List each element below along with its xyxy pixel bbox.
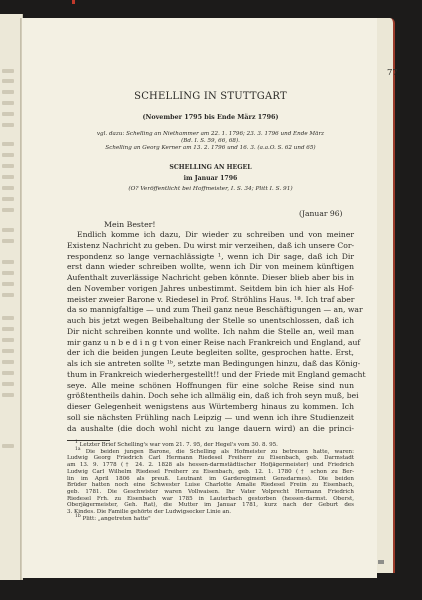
body-line: dieser Gelegenheit wenigstens aus Würtem… (67, 402, 354, 413)
body-line: den November vorigen Jahres unbestimmt. … (67, 284, 354, 295)
body-line: mir ganz u n b e d i n g t von einer Rei… (67, 338, 354, 349)
letter-dateline: (Januar 96) (299, 209, 343, 218)
footnote-1b: 1b Plitt: „angetreten hatte" (67, 516, 354, 523)
text-fragment (2, 327, 14, 331)
footnote-line: 3. Kindes. Die Familie gehörte der Ludwi… (67, 509, 354, 516)
footnote-text: Die beiden jungen Barone, die Schelling … (86, 449, 354, 455)
body-line: der ich die beiden jungen Leute begleite… (67, 348, 354, 359)
letter-salutation: Mein Bester! (104, 220, 156, 229)
text-fragment (2, 444, 14, 448)
text-fragment (2, 153, 14, 157)
footnotes: 1 Letzter Brief Schelling's war vom 21. … (67, 442, 354, 522)
book-page: 77 SCHELLING IN STUTTGART (November 1795… (22, 18, 377, 578)
footnote-line: Ludwig Carl Wilhelm Riedesel Freiherr zu… (67, 469, 354, 476)
letter-body: Endlich komme ich dazu, Dir wieder zu sc… (67, 230, 354, 434)
text-fragment (2, 112, 14, 116)
text-fragment (2, 79, 14, 83)
footnote-text: Letzter Brief Schelling's war vom 21. 7.… (80, 442, 278, 448)
body-line: Dir nicht schreiben konnte und wollte. I… (67, 327, 354, 338)
footnote-line: am 13. 9. 1778 († 24. 2. 1828 als hessen… (67, 462, 354, 469)
text-fragment (2, 228, 14, 232)
letter-date: im Januar 1796 (67, 175, 354, 182)
text-fragment (2, 239, 14, 243)
text-fragment (2, 175, 14, 179)
body-line: auch bis jetzt wegen Beibehaltung der St… (67, 316, 354, 327)
body-line: da aushalte (die doch wohl nicht zu lang… (67, 424, 354, 435)
text-fragment (2, 142, 14, 146)
footnote-mark: 1a (75, 447, 81, 452)
text-fragment (2, 338, 14, 342)
body-line: erst dann wieder schreiben wollte, wenn … (67, 262, 354, 273)
footnote-text: Plitt: „angetreten hatte" (83, 516, 151, 522)
cross-references: vgl. dazu: Schelling an Niethammer am 22… (55, 131, 366, 152)
reference-line: vgl. dazu: Schelling an Niethammer am 22… (55, 131, 366, 138)
text-fragment (2, 208, 14, 212)
text-fragment (2, 271, 14, 275)
text-fragment (2, 393, 14, 397)
body-line: da so mannigfaltige — und zum Theil ganz… (67, 305, 354, 316)
dark-background-bottom (0, 580, 422, 600)
body-line: soll sie nächsten Frühling nach Leipzig … (67, 413, 354, 424)
text-fragment (2, 371, 14, 375)
body-line: größtentheils dahin. Doch sehe ich allmä… (67, 391, 354, 402)
text-fragment (2, 349, 14, 353)
text-fragment (2, 101, 14, 105)
footnote-line: Brüder hatten noch eine Schwester Luise … (67, 482, 354, 489)
footnote-mark: 1 (75, 440, 78, 445)
body-line: als ich sie antreten sollte ¹ᵇ, setzte m… (67, 359, 354, 370)
text-fragment (2, 186, 14, 190)
body-line: seye. Alle meine schönen Hoffnungen für … (67, 381, 354, 392)
footnote-1: 1 Letzter Brief Schelling's war vom 21. … (67, 442, 354, 449)
body-line: thum in Frankreich wiederhergestellt!! u… (67, 370, 354, 381)
text-fragment (2, 282, 14, 286)
text-fragment (2, 316, 14, 320)
text-fragment (2, 293, 14, 297)
body-line: Existenz Nachricht zu geben. Du wirst mi… (67, 241, 354, 252)
text-fragment (2, 197, 14, 201)
body-line: respondenz so lange vernachlässigte ¹, w… (67, 252, 354, 263)
text-fragment (2, 360, 14, 364)
section-title: SCHELLING IN STUTTGART (67, 91, 354, 102)
text-fragment (2, 382, 14, 386)
section-subtitle: (November 1795 bis Ende März 1796) (67, 113, 354, 121)
page-number: 77 (387, 68, 398, 78)
text-fragment (2, 69, 14, 73)
footnote-mark: 1b (75, 514, 81, 519)
footnote-divider (67, 440, 110, 441)
footnote-1a: 1a Die beiden jungen Barone, die Schelli… (67, 449, 354, 456)
body-line: Aufenthalt zuverlässige Nachricht geben … (67, 273, 354, 284)
red-bookmark-mark (72, 0, 75, 4)
body-line: meister zweier Barone v. Riedesel in Pro… (67, 295, 354, 306)
reference-line: (Bd. I. S. 59, 66, 68). (55, 138, 366, 145)
letter-source: (O? Veröffentlicht bei Hoffmeister, I. S… (67, 186, 354, 192)
reference-line: Schelling an Georg Kerner am 13. 2. 1796… (55, 145, 366, 152)
footnote-line: geb. 1781. Die Geschwister waren Vollwai… (67, 489, 354, 496)
page-stack-edge (375, 18, 395, 573)
text-fragment (2, 90, 14, 94)
footnote-line: lin im April 1806 als preuß. Leutnant im… (67, 476, 354, 483)
page-corner-tab (378, 560, 384, 564)
footnote-line: Oberjägermeister, Geh. Rat), die Mutter … (67, 502, 354, 509)
text-fragment (2, 164, 14, 168)
letter-title: SCHELLING AN HEGEL (67, 164, 354, 171)
text-fragment (2, 260, 14, 264)
text-fragment (2, 123, 14, 127)
body-line: Endlich komme ich dazu, Dir wieder zu sc… (67, 230, 354, 241)
